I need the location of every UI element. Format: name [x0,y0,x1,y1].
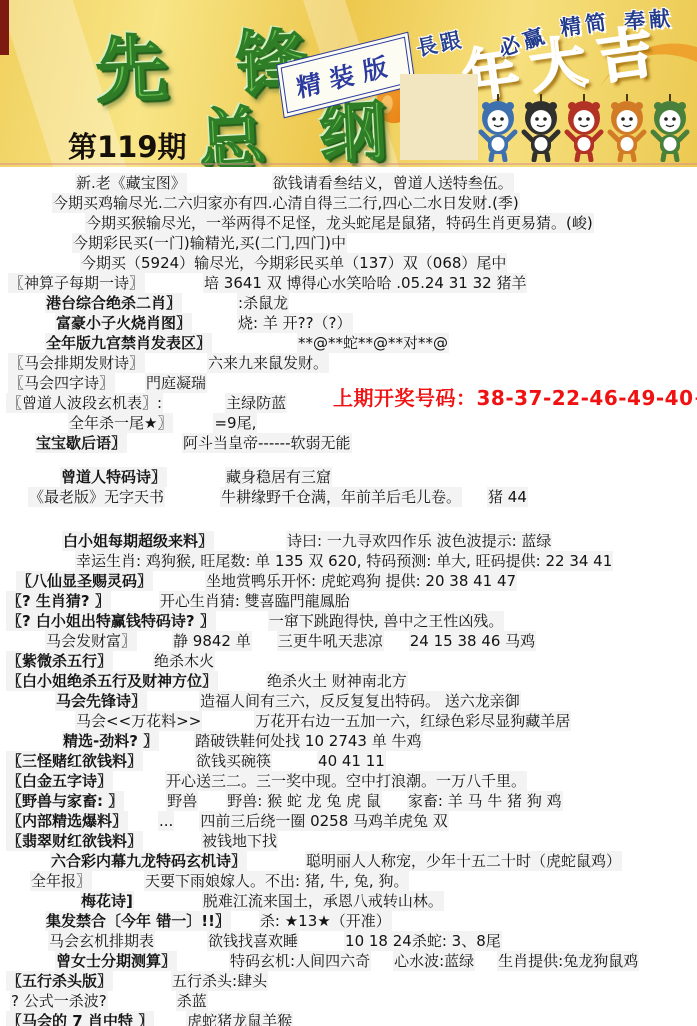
text-segment: 〖三怪赌红欲钱料〗 [6,751,143,771]
body-line: 幸运生肖: 鸡狗猴, 旺尾数: 单 135 双 620, 特码预测: 单大, 旺… [0,551,697,571]
text-segment: 野兽 [166,791,198,811]
text-segment: 〖? 生肖猜? 〗 [6,591,111,611]
body-line: ? 公式一杀波?杀蓝 [0,991,697,1011]
body-line: 今期买猴输尽光，一举两得不足怪，龙头蛇尾是鼠猪，特码生肖更易猜。(峻) [0,213,697,233]
text-segment: 欲钱买碗筷 [195,751,272,771]
text-segment: 阿斗当皇帝------软弱无能 [182,433,351,453]
text-segment: 杀蓝 [176,991,208,1011]
body-line: 梅花诗]脱难江流来国土，承恩八戒转山林。 [0,891,697,911]
content-area: 新.老《藏宝图》欲钱请看叁结义，曾道人送特叁伍。今期买鸡输尽光.二六归家亦有四.… [0,167,697,1026]
text-segment: 马会先锋诗〗 [55,691,147,711]
text-segment: 〖神算子每期一诗〗 [8,273,145,293]
text-segment: 今期买鸡输尽光.二六归家亦有四.心清自得三二行,四心二水日发财.(季) [52,193,520,213]
text-segment: 〖? 白小姐出特赢钱特码诗? 〗 [6,611,216,631]
text-segment: 牛耕缘野千仓满，年前羊后毛儿卷。 [220,487,462,507]
text-segment: 〖五行杀头版〗 [6,971,113,991]
text-segment: 马会发财富〗 [45,631,137,651]
red-corner-strip [0,0,9,55]
text-segment: 六合彩内幕九龙特码玄机诗〗 [50,851,247,871]
text-segment: 〖内部精选爆料〗 [6,811,128,831]
body-line: 〖马会排期发财诗〗六来九来鼠发财。 [0,353,697,373]
body-line: 〖五行杀头版〗五行杀头:肆头 [0,971,697,991]
body-line: 〖三怪赌红欲钱料〗欲钱买碗筷40 41 11 [0,751,697,771]
text-segment: 绝杀火土 财神南北方 [266,671,408,691]
body-line: 全年版九宫禁肖发表区〗**@**蛇**@**对**@ [0,333,697,353]
body-line: 白小姐每期超级来料〗诗曰: 一九寻欢四作乐 波色波提示: 蓝绿 [0,531,697,551]
text-segment: 被钱地下找 [201,831,278,851]
body-line: 〖野兽与家畜: 〗野兽野兽: 猴 蛇 龙 兔 虎 鼠家畜: 羊 马 牛 猪 狗 … [0,791,697,811]
text-segment: 马会玄机排期表 [48,931,155,951]
text-segment: 24 15 38 46 马鸡 [409,631,536,651]
page: 年大吉 先 锋 总 纲 第119期 精装版 長跟 必赢 精简 奉献 新.老《藏宝… [0,0,697,1026]
body-line: 马会发财富〗静 9842 单三更牛吼天悲凉24 15 38 46 马鸡 [0,631,697,651]
mascot-green-icon [650,94,690,164]
text-segment: 精选-劲料? 〗 [62,731,159,751]
body-line: 〖神算子每期一诗〗培 3641 双 博得心水笑哈哈 .05.24 31 32 猪… [0,273,697,293]
issue-number: 第119期 [68,125,187,166]
body-line: 六合彩内幕九龙特码玄机诗〗聪明丽人人称宠，少年十五二十时（虎蛇鼠鸡） [0,851,697,871]
body-line: 《最老版》无字天书牛耕缘野千仓满，年前羊后毛儿卷。猪 44 [0,487,697,507]
text-segment: 开心送三二。三一奖中现。空中打浪潮。一万八千里。 [165,771,527,791]
body-line: 宝宝歇后语〗阿斗当皇帝------软弱无能 [0,433,697,453]
text-segment: 虎蛇猪龙鼠羊猴 [186,1011,293,1026]
body-line: 港台综合绝杀二肖〗:杀鼠龙 [0,293,697,313]
previous-draw-label: 上期开奖号码： [333,386,477,410]
text-segment: 全年杀一尾★〗 [68,413,173,433]
text-segment: ? 公式一杀波? [10,991,108,1011]
text-segment: 坐地赏鸭乐开怀: 虎蛇鸡狗 提供: 20 38 41 47 [205,571,517,591]
text-segment: 集发禁合〔今年 错一〕!!〗 [45,911,231,931]
text-segment: 特码玄机:人间四六奇 [229,951,371,971]
text-segment: 幸运生肖: 鸡狗猴, 旺尾数: 单 135 双 620, 特码预测: 单大, 旺… [75,551,613,571]
text-segment: 港台综合绝杀二肖〗 [45,293,182,313]
blank-line [0,453,697,467]
body-line: 〖白小姐绝杀五行及财神方位〗绝杀火土 财神南北方 [0,671,697,691]
body-line: 〖? 生肖猜? 〗开心生肖猜: 雙喜臨門龍鳳胎 [0,591,697,611]
text-segment: 10 18 24杀蛇: 3、8尾 [344,931,502,951]
text-segment: 梅花诗] [80,891,134,911]
text-segment: 烧: 羊 开??（?） [237,313,352,333]
text-segment: 〖马会四字诗〗 [8,373,115,393]
text-segment: 〖野兽与家畜: 〗 [6,791,124,811]
text-segment: 全年版九宫禁肖发表区〗 [45,333,212,353]
blank-line [0,507,697,531]
body-line: 〖内部精选爆料〗...四前三后绕一圈 0258 马鸡羊虎兔 双 [0,811,697,831]
text-segment: 今期买（5924）输尽光，今期彩民买单（137）双（068）尾中 [80,253,507,273]
text-segment: 《最老版》无字天书 [28,487,165,507]
body-line: 今期买鸡输尽光.二六归家亦有四.心清自得三二行,四心二水日发财.(季) [0,193,697,213]
text-segment: 今期买猴输尽光，一举两得不足怪，龙头蛇尾是鼠猪，特码生肖更易猜。(峻) [85,213,594,233]
mascot-row [478,94,693,164]
text-segment: 〖八仙显圣赐灵码〗 [16,571,153,591]
text-segment: 万花开右边一五加一六，红绿色彩尽显狗藏羊居 [254,711,571,731]
text-segment: 藏身稳居有三窟 [225,467,332,487]
text-segment: 全年报〗 [30,871,92,891]
text-segment: :杀鼠龙 [237,293,289,313]
body-line: 集发禁合〔今年 错一〕!!〗杀: ★13★（开准） [0,911,697,931]
text-segment: **@**蛇**@**对**@ [297,333,449,353]
text-segment: 白小姐每期超级来料〗 [62,531,214,551]
body-line: 〖? 白小姐出特赢钱特码诗? 〗一窜下跳跑得快, 兽中之王性凶残。 [0,611,697,631]
text-segment: 一窜下跳跑得快, 兽中之王性凶残。 [268,611,505,631]
body-line: 曾女士分期测算〗特码玄机:人间四六奇心水波:蓝绿生肖提供:兔龙狗鼠鸡 [0,951,697,971]
text-segment: 马会<<万花料>> [75,711,202,731]
body-line: 富豪小子火烧肖图〗烧: 羊 开??（?） [0,313,697,333]
text-segment: 聪明丽人人称宠，少年十五二十时（虎蛇鼠鸡） [305,851,622,871]
text-segment: 猪 44 [487,487,528,507]
body-line: 〖白金五字诗〗开心送三二。三一奖中现。空中打浪潮。一万八千里。 [0,771,697,791]
text-segment: ... [158,811,174,831]
text-segment: 诗曰: 一九寻欢四作乐 波色波提示: 蓝绿 [286,531,552,551]
body-line: 新.老《藏宝图》欲钱请看叁结义，曾道人送特叁伍。 [0,173,697,193]
text-segment: 〖翡翠财红欲钱料〗 [6,831,143,851]
body-line: 马会先锋诗〗造福人间有三六，反反复复出特码。 送六龙亲御 [0,691,697,711]
text-segment: 〖白小姐绝杀五行及财神方位〗 [6,671,218,691]
body-line: 今期彩民买(一门)输精光,买(二门,四门)中 [0,233,697,253]
header-divider [0,163,697,165]
text-segment: 〖马会的 7 肖中特 〗 [6,1011,154,1026]
mascot-panda-icon [521,94,561,164]
body-line: 精选-劲料? 〗踏破铁鞋何处找 10 2743 单 牛鸡 [0,731,697,751]
text-segment: 〖马会排期发财诗〗 [8,353,145,373]
text-segment: 杀: ★13★（开准） [259,911,392,931]
text-segment: 培 3641 双 博得心水笑哈哈 .05.24 31 32 猪羊 [203,273,527,293]
previous-draw-value: 38-37-22-46-49-40+08 [477,386,697,410]
text-segment: 静 9842 单 [172,631,252,651]
text-segment: 欲钱找喜欢睡 [207,931,299,951]
text-segment: 欲钱请看叁结义，曾道人送特叁伍。 [272,173,514,193]
body-line: 今期买（5924）输尽光，今期彩民买单（137）双（068）尾中 [0,253,697,273]
previous-draw-numbers: 上期开奖号码：38-37-22-46-49-40+08 [333,382,697,411]
follow-text: 長跟 [413,23,466,62]
text-segment: 踏破铁鞋何处找 10 2743 单 牛鸡 [194,731,422,751]
body-line: 〖八仙显圣赐灵码〗坐地赏鸭乐开怀: 虎蛇鸡狗 提供: 20 38 41 47 [0,571,697,591]
text-segment: 曾道人特码诗〗 [60,467,167,487]
text-segment: =9尾, [213,413,257,433]
text-segment: 天要下雨娘嫁人。不出: 猪, 牛, 兔, 狗。 [144,871,409,891]
text-segment: 造福人间有三六，反反复复出特码。 送六龙亲御 [199,691,521,711]
text-segment: 今期彩民买(一门)输精光,买(二门,四门)中 [72,233,347,253]
text-segment: 五行杀头:肆头 [171,971,268,991]
text-segment: 40 41 11 [317,751,386,771]
text-segment: 主绿防蓝 [225,393,287,413]
text-segment: 三更牛吼天悲凉 [277,631,384,651]
text-segment: 曾女士分期测算〗 [55,951,177,971]
text-segment: 〖曾道人波段玄机表〗: [6,393,163,413]
text-segment: 新.老《藏宝图》 [75,173,187,193]
body-line: 〖紫微杀五行〗绝杀木火 [0,651,697,671]
text-segment: 绝杀木火 [153,651,215,671]
body-line: 全年报〗天要下雨娘嫁人。不出: 猪, 牛, 兔, 狗。 [0,871,697,891]
text-segment: 宝宝歇后语〗 [35,433,127,453]
mascot-orange-icon [607,94,647,164]
body-line: 〖马会的 7 肖中特 〗虎蛇猪龙鼠羊猴 [0,1011,697,1026]
body-line: 曾道人特码诗〗藏身稳居有三窟 [0,467,697,487]
text-segment: 脱难江流来国土，承恩八戒转山林。 [202,891,444,911]
body-line: 马会玄机排期表欲钱找喜欢睡10 18 24杀蛇: 3、8尾 [0,931,697,951]
text-segment: 富豪小子火烧肖图〗 [55,313,192,333]
text-segment: 家畜: 羊 马 牛 猪 狗 鸡 [407,791,563,811]
body-line: 全年杀一尾★〗=9尾, [0,413,697,433]
text-segment: 六来九来鼠发财。 [207,353,329,373]
text-segment: 野兽: 猴 蛇 龙 兔 虎 鼠 [226,791,382,811]
text-segment: 生肖提供:兔龙狗鼠鸡 [497,951,639,971]
body-line: 〖翡翠财红欲钱料〗被钱地下找 [0,831,697,851]
masthead: 年大吉 先 锋 总 纲 第119期 精装版 長跟 必赢 精简 奉献 [0,0,697,167]
mascot-blue-icon [478,94,518,164]
text-segment: 〖紫微杀五行〗 [6,651,113,671]
body-line: 马会<<万花料>>万花开右边一五加一六，红绿色彩尽显狗藏羊居 [0,711,697,731]
text-segment: 心水波:蓝绿 [393,951,475,971]
text-segment: 四前三后绕一圈 0258 马鸡羊虎兔 双 [199,811,448,831]
mascot-flame-icon [564,94,604,164]
blank-patch [400,74,478,160]
text-segment: 〖白金五字诗〗 [6,771,113,791]
slogan-word: 奉献 [623,2,675,35]
text-segment: 門庭凝瑞 [145,373,207,393]
text-segment: 开心生肖猜: 雙喜臨門龍鳳胎 [159,591,351,611]
